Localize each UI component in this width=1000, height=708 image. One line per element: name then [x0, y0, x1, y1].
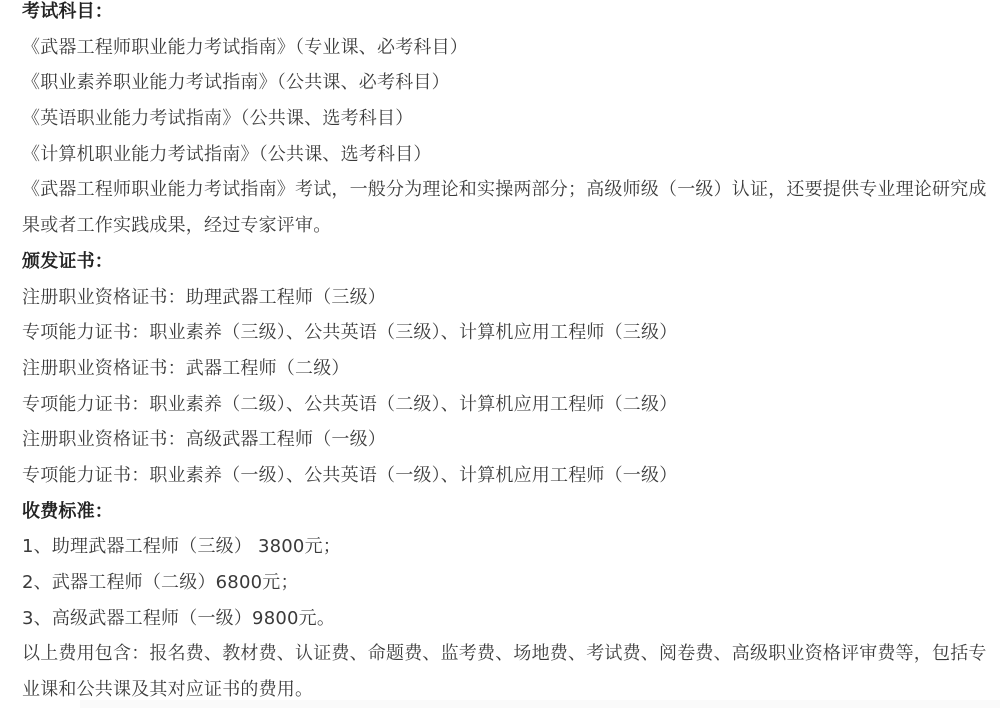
certificate-item: 专项能力证书：职业素养（一级）、公共英语（一级）、计算机应用工程师（一级）	[22, 458, 992, 494]
subject-item: 《英语职业能力考试指南》（公共课、选考科目）	[22, 101, 992, 137]
document-body: 考试科目： 《武器工程师职业能力考试指南》（专业课、必考科目） 《职业素养职业能…	[22, 0, 992, 708]
certificate-item: 专项能力证书：职业素养（三级）、公共英语（三级）、计算机应用工程师（三级）	[22, 315, 992, 351]
section-heading-fees: 收费标准：	[22, 494, 992, 530]
subject-item: 《武器工程师职业能力考试指南》（专业课、必考科目）	[22, 30, 992, 66]
subject-item: 《职业素养职业能力考试指南》（公共课、必考科目）	[22, 65, 992, 101]
subject-note-paragraph: 《武器工程师职业能力考试指南》考试，一般分为理论和实操两部分；高级师级（一级）认…	[22, 172, 992, 243]
subject-item: 《计算机职业能力考试指南》（公共课、选考科目）	[22, 137, 992, 173]
section-heading-exam-subjects: 考试科目：	[22, 0, 992, 30]
fee-item: 2、武器工程师（二级）6800元；	[22, 565, 992, 601]
certificate-item: 专项能力证书：职业素养（二级）、公共英语（二级）、计算机应用工程师（二级）	[22, 387, 992, 423]
section-exam-subjects: 考试科目： 《武器工程师职业能力考试指南》（专业课、必考科目） 《职业素养职业能…	[22, 0, 992, 244]
section-heading-certificates: 颁发证书：	[22, 244, 992, 280]
section-certificates: 颁发证书： 注册职业资格证书：助理武器工程师（三级） 专项能力证书：职业素养（三…	[22, 244, 992, 494]
fee-item: 3、高级武器工程师（一级）9800元。	[22, 601, 992, 637]
certificate-item: 注册职业资格证书：武器工程师（二级）	[22, 351, 992, 387]
section-fees: 收费标准： 1、助理武器工程师（三级） 3800元； 2、武器工程师（二级）68…	[22, 494, 992, 708]
fee-item: 1、助理武器工程师（三级） 3800元；	[22, 529, 992, 565]
fee-note-paragraph: 以上费用包含：报名费、教材费、认证费、命题费、监考费、场地费、考试费、阅卷费、高…	[22, 636, 992, 707]
bottom-divider	[80, 700, 1000, 708]
certificate-item: 注册职业资格证书：高级武器工程师（一级）	[22, 422, 992, 458]
certificate-item: 注册职业资格证书：助理武器工程师（三级）	[22, 280, 992, 316]
